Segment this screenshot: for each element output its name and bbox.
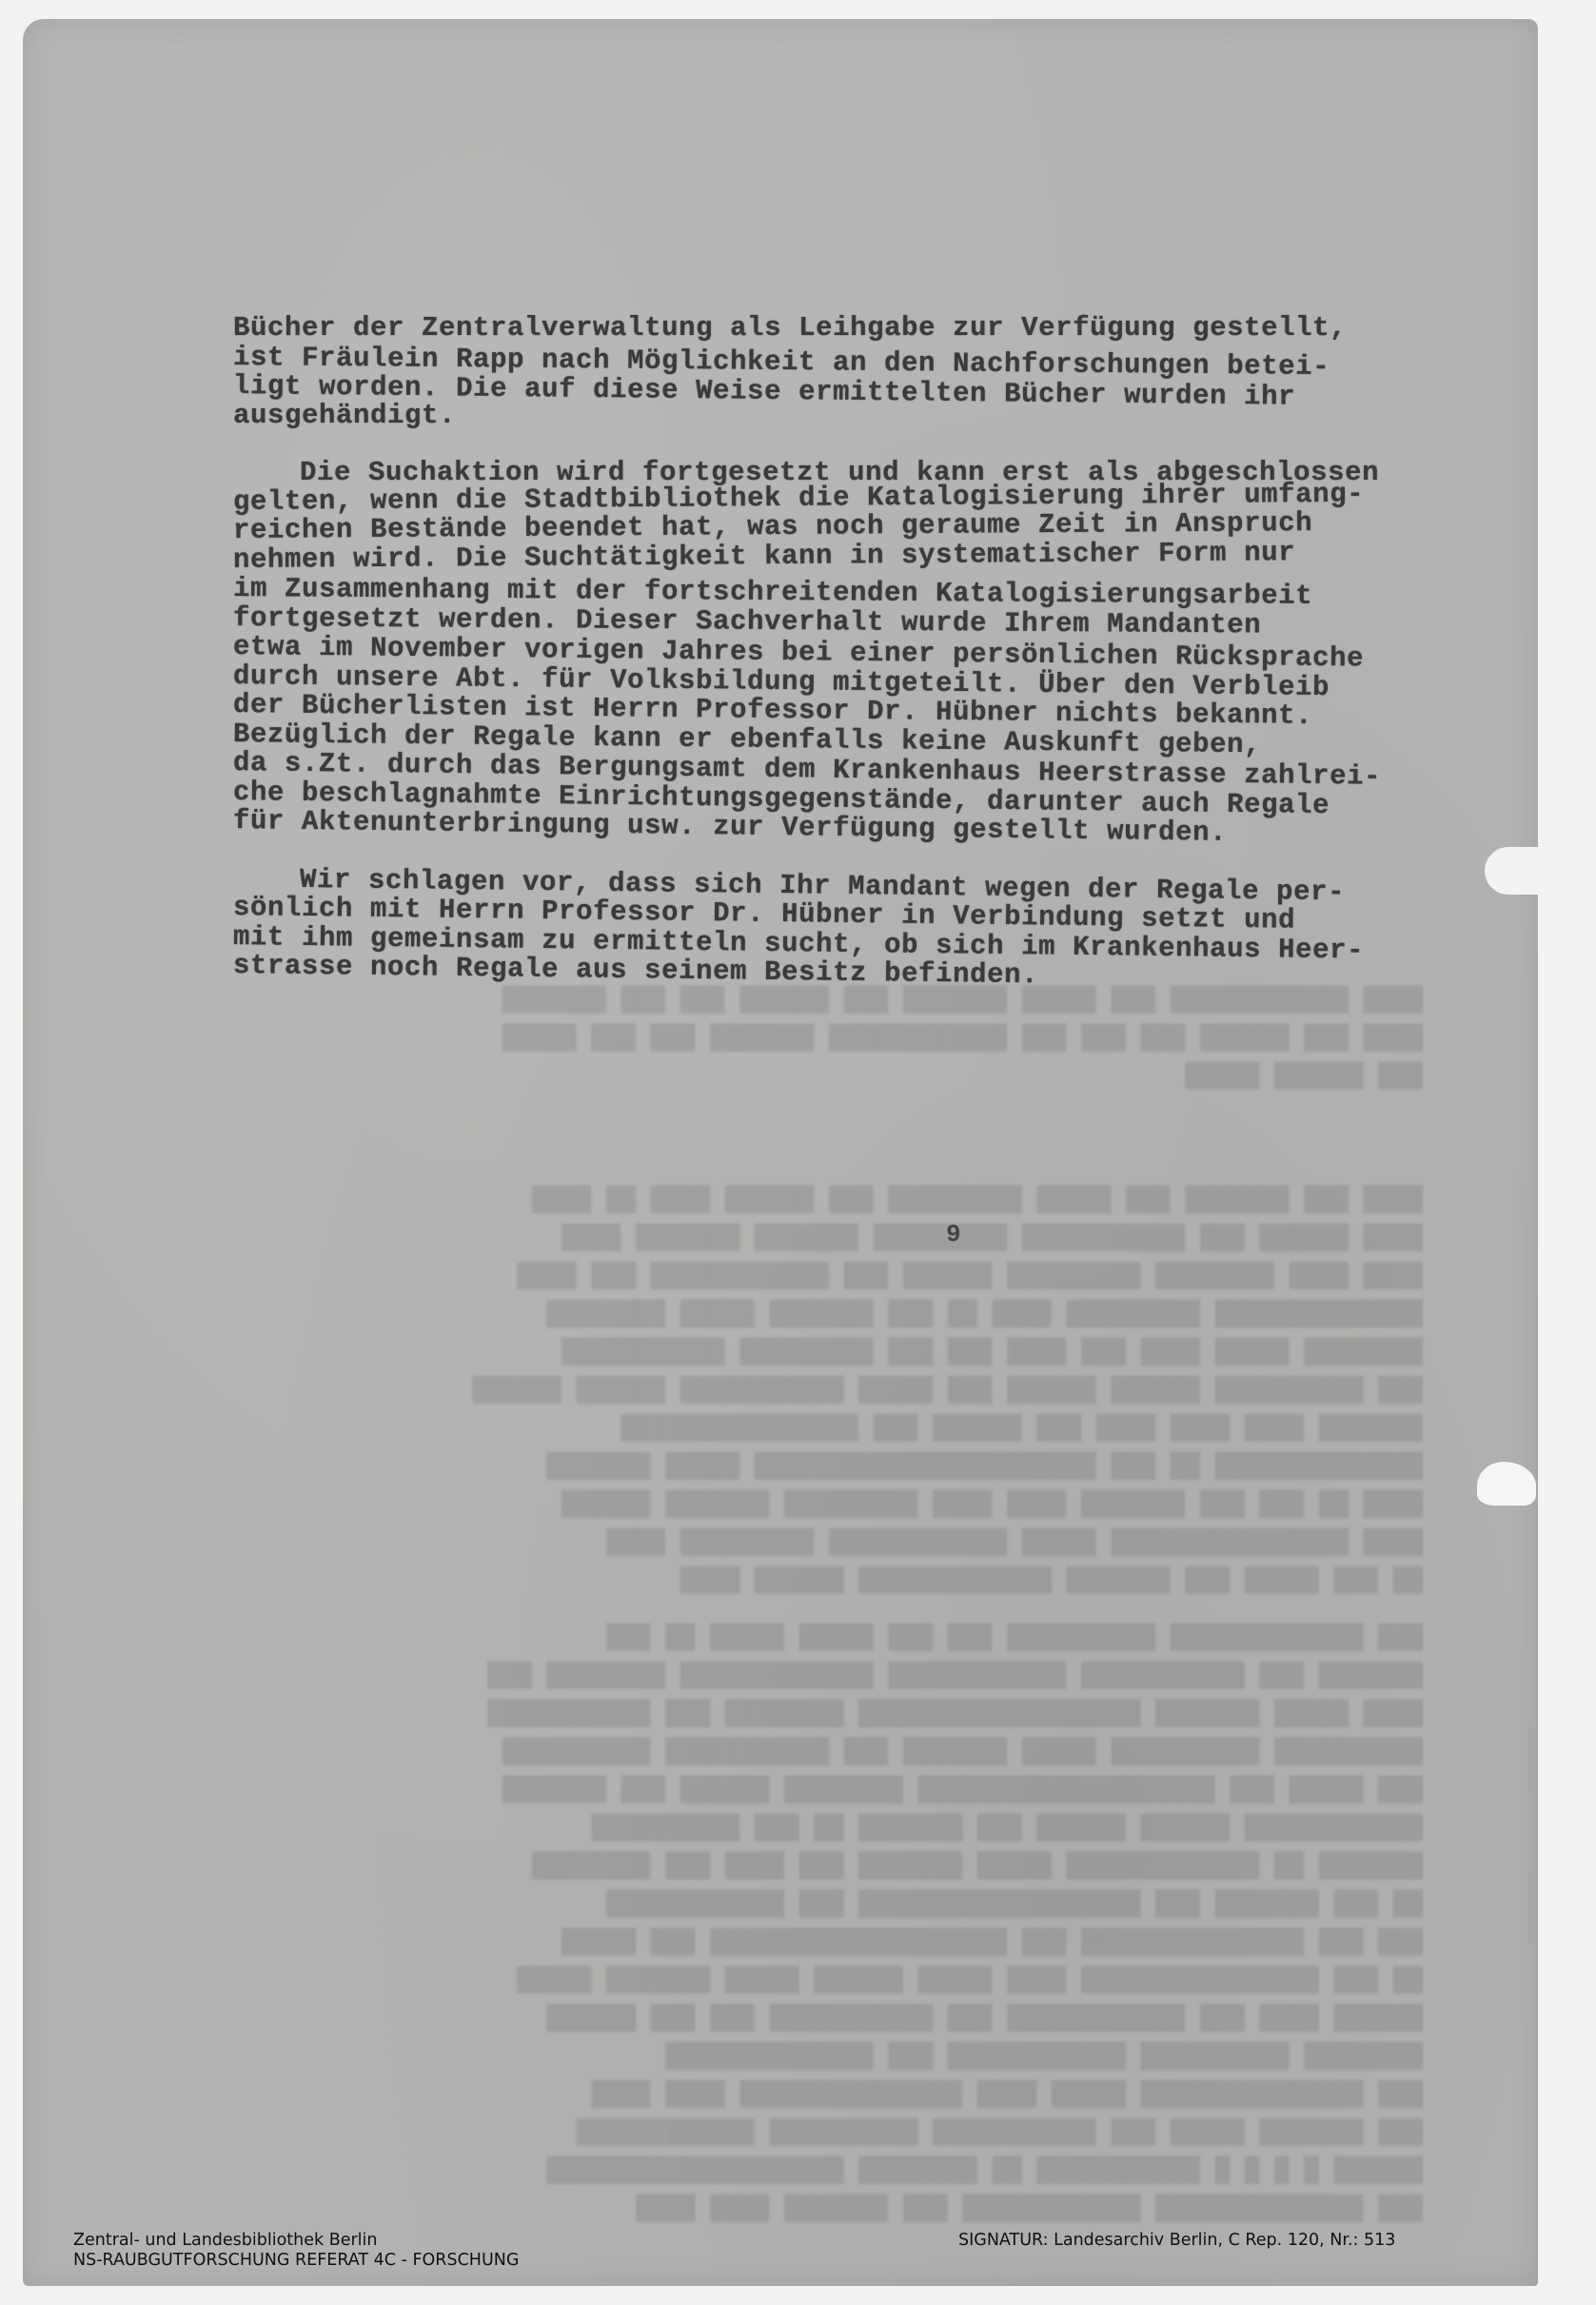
archive-footer-right: SIGNATUR: Landesarchiv Berlin, C Rep. 12…: [958, 2231, 1395, 2251]
archive-footer-left: Zentral- und Landesbibliothek Berlin NS-…: [73, 2231, 519, 2271]
paragraph-1: Bücher der Zentralverwaltung als Leihgab…: [233, 314, 1499, 430]
archive-signature: SIGNATUR: Landesarchiv Berlin, C Rep. 12…: [958, 2231, 1395, 2251]
department-name: NS-RAUBGUTFORSCHUNG REFERAT 4C - FORSCHU…: [73, 2251, 519, 2271]
institution-name: Zentral- und Landesbibliothek Berlin: [73, 2231, 519, 2251]
scanned-page: ████ ████████████ ███ █████ ███████ ███ …: [0, 0, 1596, 2305]
page-number-mark: 9: [946, 1220, 961, 1249]
typewritten-letter-body: Bücher der Zentralverwaltung als Leihgab…: [233, 314, 1499, 1010]
paragraph-2: Die Suchaktion wird fortgesetzt und kann…: [233, 459, 1499, 837]
text-line: Bücher der Zentralverwaltung als Leihgab…: [233, 314, 1499, 344]
text-line: nehmen wird. Die Suchtätigkeit kann in s…: [233, 537, 1499, 575]
paragraph-3: Wir schlagen vor, dass sich Ihr Mandant …: [233, 865, 1499, 981]
